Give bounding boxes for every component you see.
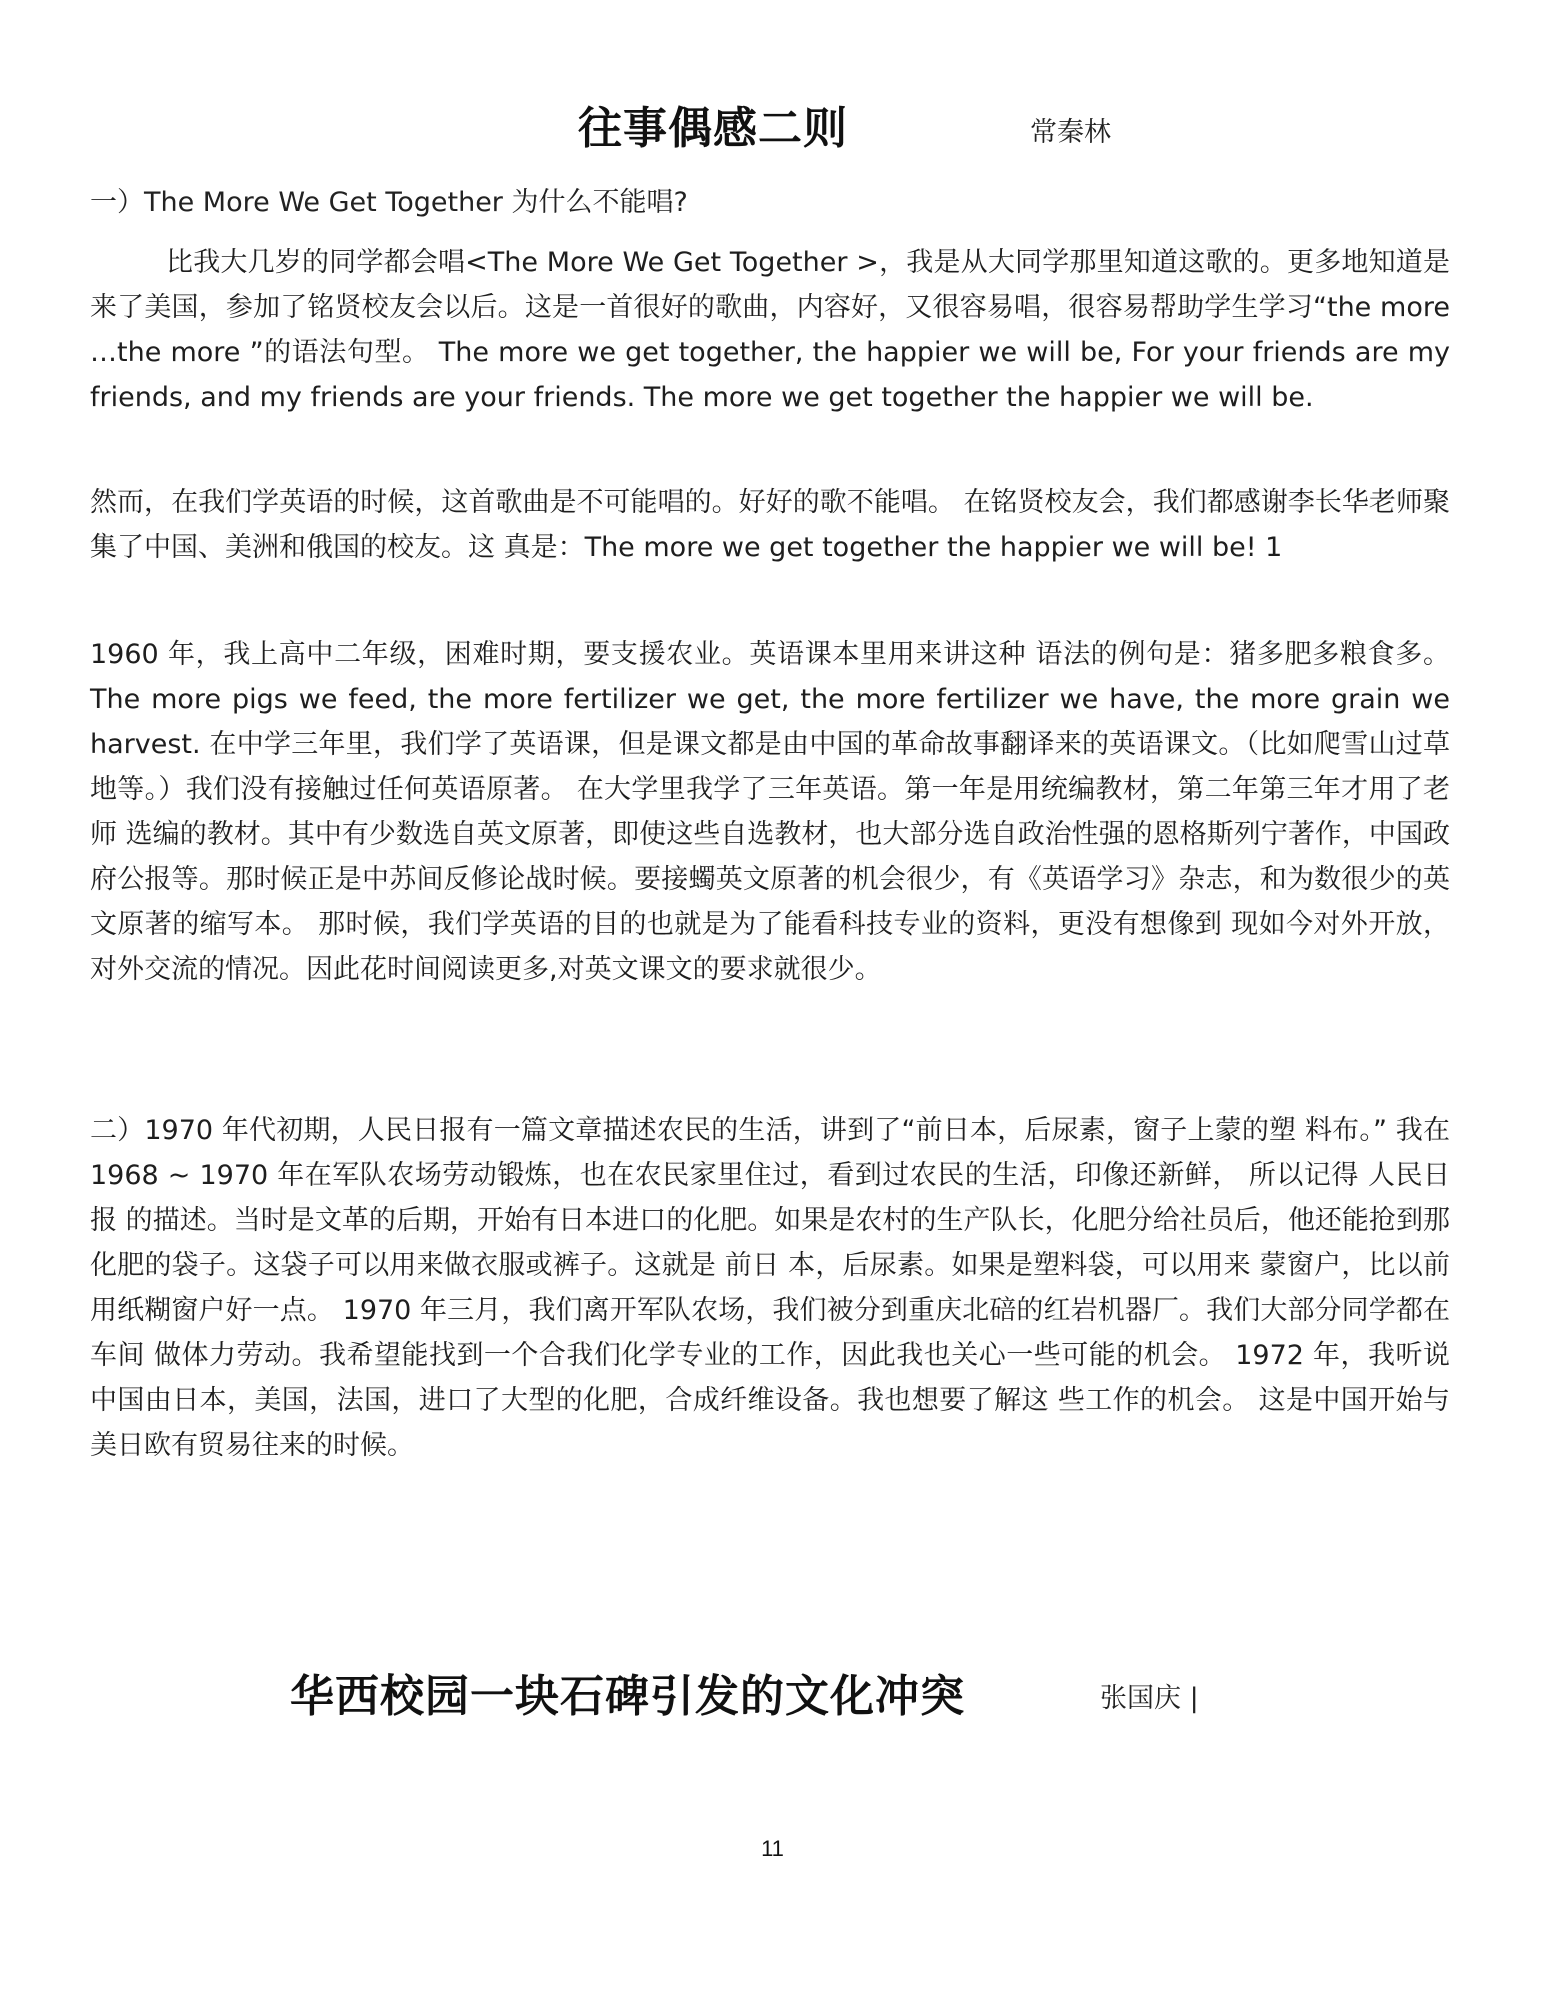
paragraph: 二）1970 年代初期，人民日报有一篇文章描述农民的生活，讲到了“前日本，后尿素… [90, 1108, 1450, 1468]
paragraph: 比我大几岁的同学都会唱<The More We Get Together >，我… [90, 240, 1450, 420]
paragraph: 然而，在我们学英语的时候，这首歌曲是不可能唱的。好好的歌不能唱。 在铭贤校友会，… [90, 480, 1450, 570]
page-number: 11 [0, 1836, 1545, 1862]
next-article-header: 华西校园一块石碑引发的文化冲突 张国庆 | [0, 1660, 1545, 1730]
next-article-title: 华西校园一块石碑引发的文化冲突 [290, 1660, 965, 1724]
article-title: 往事偶感二则 [578, 92, 848, 156]
document-page: 往事偶感二则 常秦林 一）The More We Get Together 为什… [0, 0, 1545, 2000]
article-header: 往事偶感二则 常秦林 [0, 92, 1545, 162]
article-author: 常秦林 [1030, 110, 1111, 149]
paragraph: 1960 年，我上高中二年级，困难时期，要支援农业。英语课本里用来讲这种 语法的… [90, 632, 1450, 992]
next-article-author: 张国庆 | [1100, 1676, 1199, 1715]
section-heading: 一）The More We Get Together 为什么不能唱? [90, 180, 688, 219]
